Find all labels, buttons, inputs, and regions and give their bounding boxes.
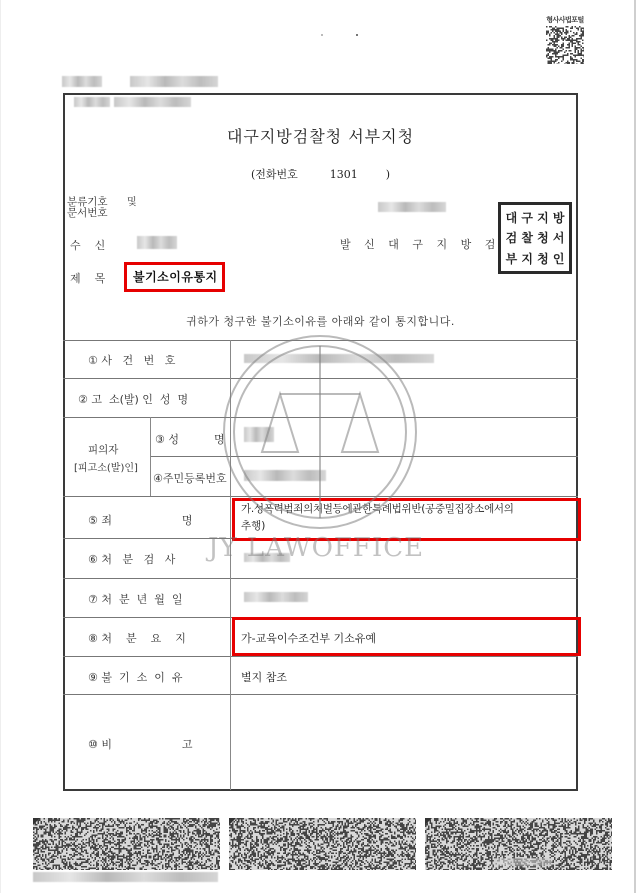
table-column-divider — [150, 417, 151, 496]
seal-char: 부 — [504, 249, 519, 268]
redacted-recipient — [137, 236, 177, 249]
seal-char: 지 — [536, 208, 551, 227]
barcode-icon — [229, 818, 416, 870]
phone-line: (전화번호1301) — [63, 166, 578, 182]
label-disposition-summary: ⑧ 처 분 요 지 — [88, 630, 186, 646]
doc-number-label-line2: 문서번호 — [67, 208, 108, 219]
label-disposition-date: ⑦ 처 분 년 월 일 — [88, 591, 182, 607]
table-column-divider — [230, 340, 231, 790]
label-suspect-name: ③ 성 명 — [155, 431, 225, 447]
redacted-form-id — [114, 97, 191, 107]
portal-label: 형사사법포털 — [543, 15, 587, 25]
document-frame — [63, 93, 578, 791]
seal-char: 지 — [520, 249, 535, 268]
redacted-prosecutor — [244, 553, 290, 562]
label-suspect-group-sub: [피고소(발)인] — [74, 459, 138, 474]
seal-char: 청 — [536, 249, 551, 268]
seal-char: 대 — [504, 208, 519, 227]
notice-text: 귀하가 청구한 불기소이유를 아래와 같이 통지합니다. — [63, 313, 578, 329]
recipient-label: 수 신 — [70, 237, 105, 253]
redacted-doc-number — [378, 202, 446, 212]
label-prosecutor: ⑥ 처 분 검 사 — [88, 551, 175, 567]
table-rule — [63, 378, 578, 379]
label-non-prosecution-reason: ⑨ 불 기 소 이 유 — [88, 669, 182, 685]
label-resident-number: ④주민등록번호 — [153, 470, 227, 486]
seal-char: 찰 — [520, 228, 535, 247]
subject-label: 제 목 — [70, 270, 105, 286]
doc-number-label-and: 및 — [127, 197, 137, 208]
seal-char: 청 — [536, 228, 551, 247]
label-suspect-group: 피의자 — [88, 442, 118, 457]
disposition-highlight — [232, 617, 581, 656]
redacted-case-number — [244, 354, 434, 363]
redacted-resident-number — [244, 470, 326, 481]
redacted-print-info — [130, 76, 218, 87]
label-remarks: ⑩ 비 고 — [88, 736, 193, 752]
redacted-print-date — [62, 76, 102, 87]
label-case-number: ① 사 건 번 호 — [88, 352, 175, 368]
table-rule — [63, 694, 578, 695]
table-rule — [63, 578, 578, 579]
scan-edge-left — [0, 0, 1, 893]
phone-close: ) — [386, 168, 390, 181]
redacted-suspect-name — [244, 427, 274, 442]
redacted-disposition-date — [244, 592, 308, 602]
agency-title: 대구지방검찰청 서부지청 — [63, 124, 578, 147]
table-rule — [63, 496, 578, 497]
seal-char: 방 — [551, 208, 566, 227]
seal-char: 서 — [551, 228, 566, 247]
table-rule — [63, 417, 578, 418]
redacted-form-id — [74, 97, 110, 107]
doc-number-label: 분류기호 문서번호 및 — [67, 197, 108, 219]
seal-char: 인 — [551, 249, 566, 268]
redacted-footer-info — [33, 872, 218, 882]
redacted-footer-date — [494, 858, 552, 866]
qr-code-icon — [546, 26, 584, 64]
scan-speck — [356, 34, 358, 36]
charge-highlight — [232, 498, 581, 541]
seal-char: 구 — [520, 208, 535, 227]
official-seal-icon: 대구지방검찰청서부지청인 — [498, 202, 572, 274]
table-rule — [150, 456, 578, 457]
non-prosecution-reason-value: 별지 참조 — [241, 669, 287, 685]
phone-label: (전화번호 — [251, 168, 298, 181]
page-indicator: 1 / 1 — [590, 856, 610, 866]
portal-qr-block: 형사사법포털 — [543, 15, 587, 68]
subject-text: 불기소이유통지 — [133, 268, 218, 285]
label-complainant: ② 고 소(발) 인 성 명 — [78, 391, 188, 407]
barcode-icon — [33, 818, 220, 870]
phone-number: 1301 — [330, 168, 358, 181]
scan-speck — [321, 34, 323, 36]
table-rule — [63, 656, 578, 657]
table-rule — [63, 340, 578, 341]
label-charge: ⑤ 죄 명 — [88, 512, 193, 528]
seal-char: 검 — [504, 228, 519, 247]
